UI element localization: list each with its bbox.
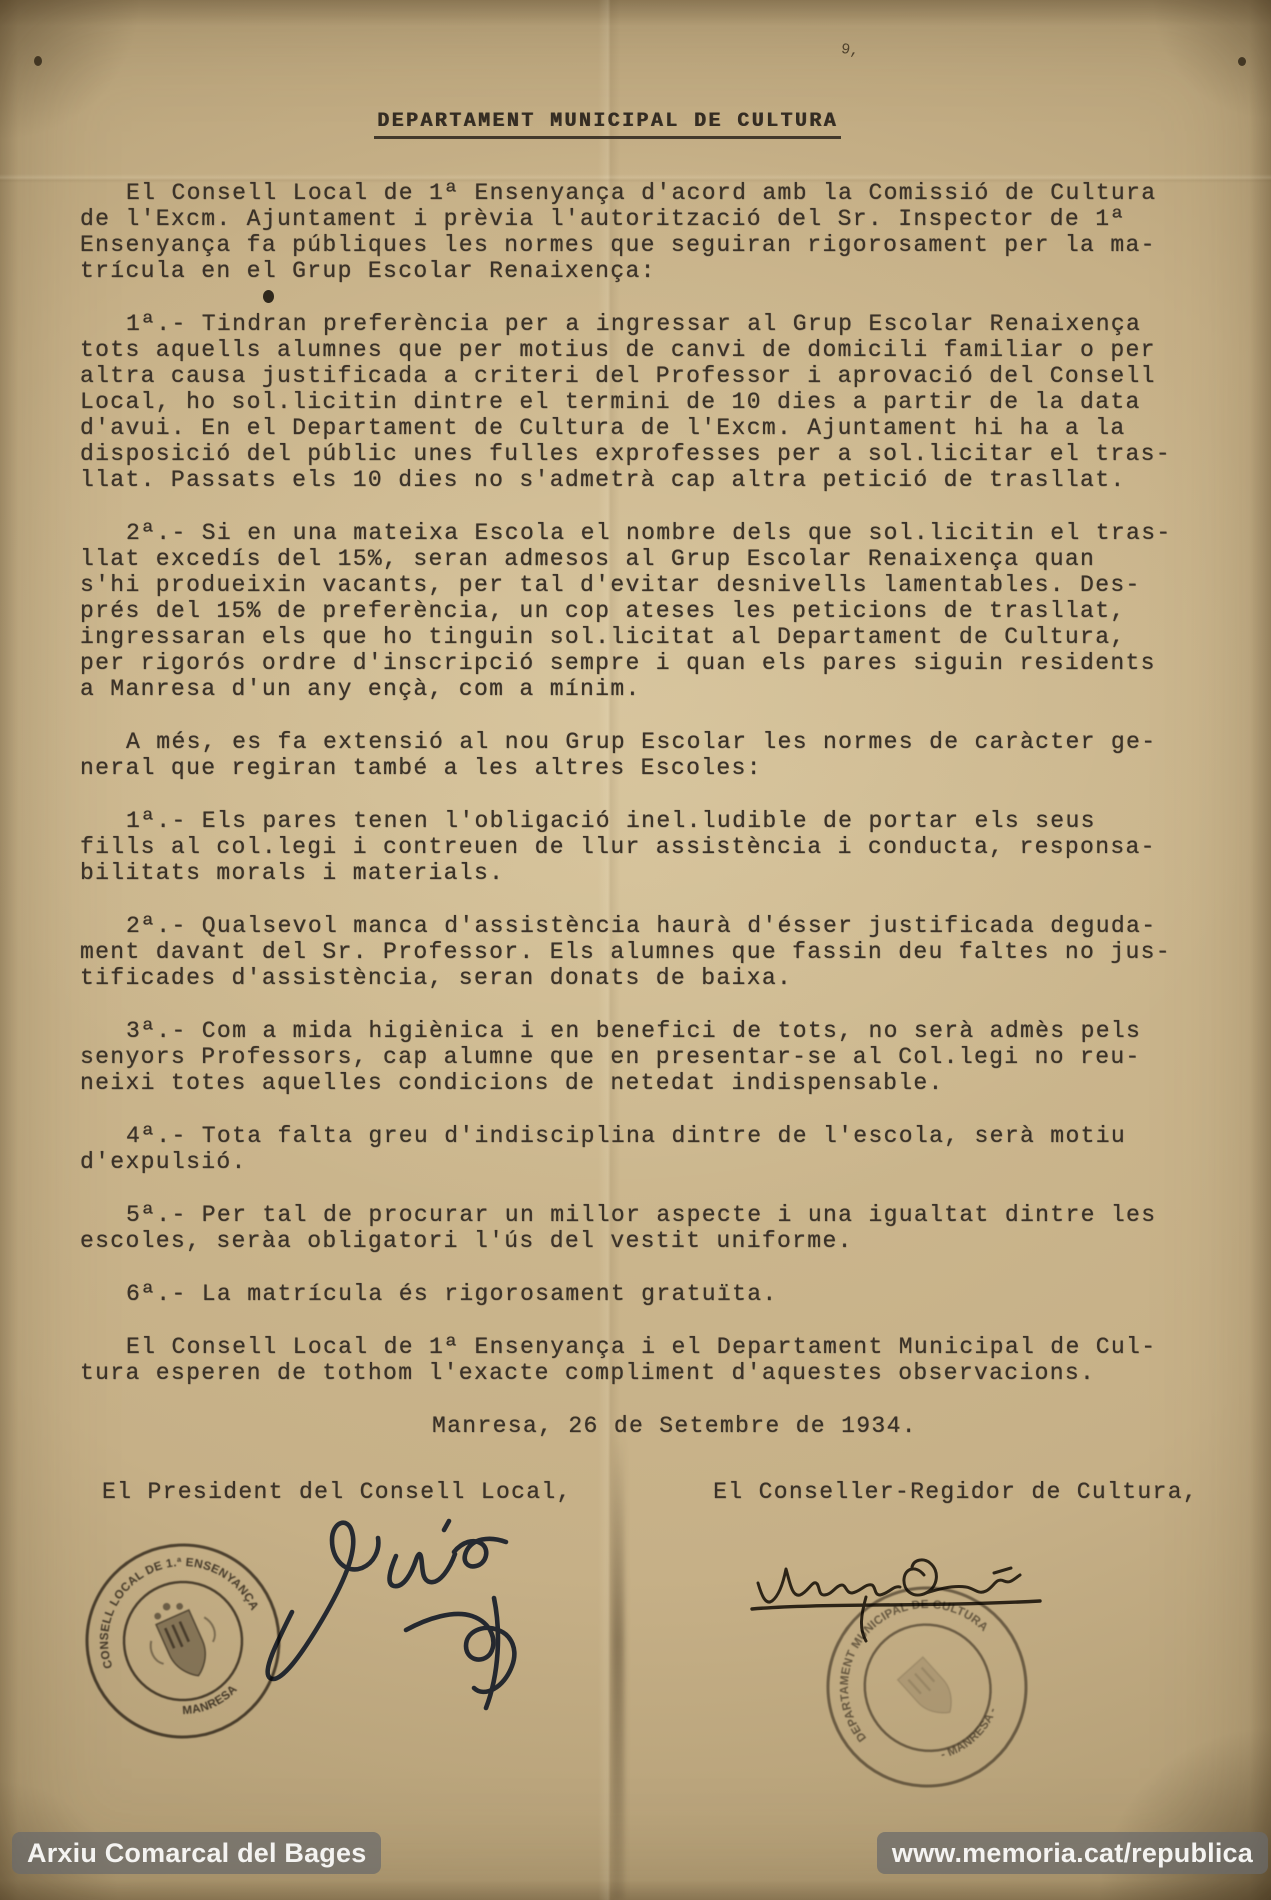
typed-line: El Consell Local de 1ª Ensenyança d'acor… xyxy=(80,180,1198,206)
typed-line: per rigorós ordre d'inscripció sempre i … xyxy=(80,650,1198,676)
general-rule-1: 1ª.- Els pares tenen l'obligació inel.lu… xyxy=(80,808,1198,886)
typed-line: a Manresa d'un any ençà, com a mínim. xyxy=(80,676,1198,702)
document-header: DEPARTAMENT MUNICIPAL DE CULTURA xyxy=(0,110,1243,139)
document-body: El Consell Local de 1ª Ensenyança d'acor… xyxy=(80,180,1198,1505)
typed-line: tificades d'assistència, seran donats de… xyxy=(80,965,1198,991)
paper-speck xyxy=(34,56,42,66)
typed-line: neral que regiran també a les altres Esc… xyxy=(80,755,1198,781)
intro-paragraph: El Consell Local de 1ª Ensenyança d'acor… xyxy=(80,180,1198,284)
rule-matricula-2: 2ª.- Si en una mateixa Escola el nombre … xyxy=(80,520,1198,702)
typed-line: Ensenyança fa públiques les normes que s… xyxy=(80,232,1198,258)
typed-line: 2ª.- Qualsevol manca d'assistència haurà… xyxy=(80,913,1198,939)
typed-line: disposició del públic unes fulles exprof… xyxy=(80,441,1198,467)
typed-line: 2ª.- Si en una mateixa Escola el nombre … xyxy=(80,520,1198,546)
stamp-ring-text-bottom: MANRESA xyxy=(177,1680,242,1723)
page-title: DEPARTAMENT MUNICIPAL DE CULTURA xyxy=(374,110,841,139)
typed-line: llat excedís del 15%, seran admesos al G… xyxy=(80,546,1198,572)
typed-line: prés del 15% de preferència, un cop ates… xyxy=(80,598,1198,624)
watermark-website: www.memoria.cat/republica xyxy=(877,1832,1268,1874)
general-rule-6: 6ª.- La matrícula és rigorosament gratuï… xyxy=(80,1281,1198,1307)
typed-line: ment davant del Sr. Professor. Els alumn… xyxy=(80,939,1198,965)
typed-line: fills al col.legi i contreuen de llur as… xyxy=(80,834,1198,860)
typed-line: tura esperen de tothom l'exacte complime… xyxy=(80,1360,1198,1386)
typed-line: 1ª.- Tindran preferència per a ingressar… xyxy=(80,311,1198,337)
typed-line: escoles, seràa obligatori l'ús del vesti… xyxy=(80,1228,1198,1254)
stamp-coat-of-arms xyxy=(136,1589,229,1689)
typed-line: ingressaran els que ho tinguin sol.licit… xyxy=(80,624,1198,650)
closing-paragraph: El Consell Local de 1ª Ensenyança i el D… xyxy=(80,1334,1198,1386)
typed-line: trícula en el Grup Escolar Renaixença: xyxy=(80,258,1198,284)
typed-line: bilitats morals i materials. xyxy=(80,860,1198,886)
typed-line: neixi totes aquelles condicions de neted… xyxy=(80,1070,1198,1096)
typed-line: d'expulsió. xyxy=(80,1149,1198,1175)
signature-president xyxy=(258,1492,538,1717)
typed-line: s'hi produeixin vacants, per tal d'evita… xyxy=(80,572,1198,598)
watermark-archive: Arxiu Comarcal del Bages xyxy=(12,1832,381,1874)
typed-line: 4ª.- Tota falta greu d'indisciplina dint… xyxy=(80,1123,1198,1149)
typed-line: 3ª.- Com a mida higiènica i en benefici … xyxy=(80,1018,1198,1044)
typed-line: de l'Excm. Ajuntament i prèvia l'autorit… xyxy=(80,206,1198,232)
paper-speck xyxy=(1238,57,1246,66)
typed-line: altra causa justificada a criteri del Pr… xyxy=(80,363,1198,389)
general-rule-3: 3ª.- Com a mida higiènica i en benefici … xyxy=(80,1018,1198,1096)
stamp-ring-text-top: CONSELL LOCAL DE 1.ª ENSENYANÇA xyxy=(70,1527,263,1677)
dateline: Manresa, 26 de Setembre de 1934. xyxy=(80,1413,1198,1439)
signatory-title-conseller: El Conseller-Regidor de Cultura, xyxy=(713,1479,1198,1505)
signature-conseller xyxy=(748,1545,1048,1660)
extension-paragraph: A més, es fa extensió al nou Grup Escola… xyxy=(80,729,1198,781)
typed-line: llat. Passats els 10 dies no s'admetrà c… xyxy=(80,467,1198,493)
general-rule-2: 2ª.- Qualsevol manca d'assistència haurà… xyxy=(80,913,1198,991)
typed-line: 5ª.- Per tal de procurar un millor aspec… xyxy=(80,1202,1198,1228)
typed-line: d'avui. En el Departament de Cultura de … xyxy=(80,415,1198,441)
typed-line: 1ª.- Els pares tenen l'obligació inel.lu… xyxy=(80,808,1198,834)
typed-line: A més, es fa extensió al nou Grup Escola… xyxy=(80,729,1198,755)
typed-line: 6ª.- La matrícula és rigorosament gratuï… xyxy=(80,1281,1198,1307)
rule-matricula-1: 1ª.- Tindran preferència per a ingressar… xyxy=(80,311,1198,493)
typed-line: El Consell Local de 1ª Ensenyança i el D… xyxy=(80,1334,1198,1360)
typed-line: Local, ho sol.licitin dintre el termini … xyxy=(80,389,1198,415)
general-rule-4: 4ª.- Tota falta greu d'indisciplina dint… xyxy=(80,1123,1198,1175)
general-rule-5: 5ª.- Per tal de procurar un millor aspec… xyxy=(80,1202,1198,1254)
typed-line: senyors Professors, cap alumne que en pr… xyxy=(80,1044,1198,1070)
typed-line: tots aquells alumnes que per motius de c… xyxy=(80,337,1198,363)
stray-typed-mark: 9, xyxy=(840,41,860,60)
signatory-titles-row: El President del Consell Local, El Conse… xyxy=(80,1479,1198,1505)
stamp-coat-of-arms-faint xyxy=(898,1657,963,1724)
typewritten-document-page: 9, DEPARTAMENT MUNICIPAL DE CULTURA El C… xyxy=(0,0,1271,1900)
